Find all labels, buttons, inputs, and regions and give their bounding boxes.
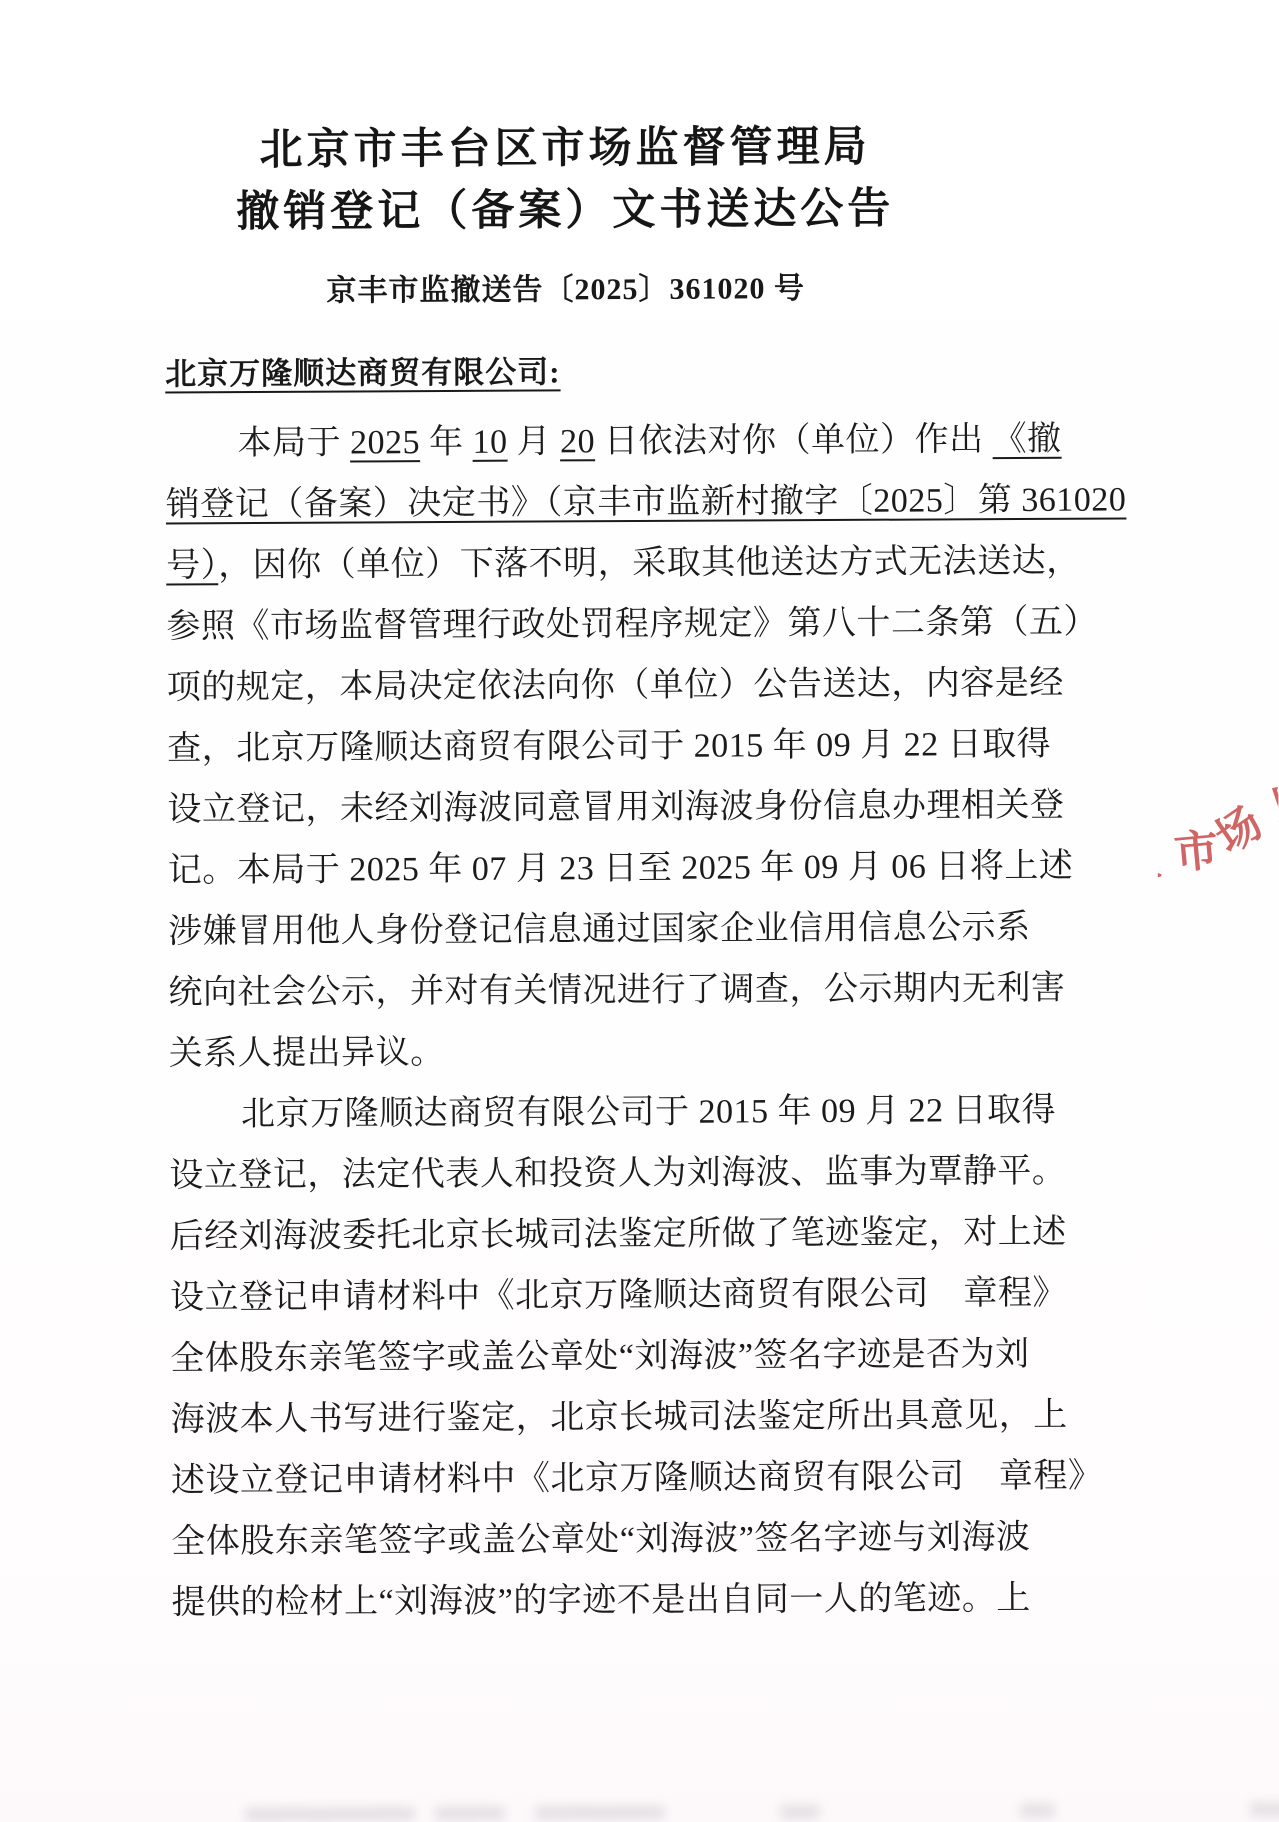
bleed-through-mark bbox=[245, 1806, 415, 1822]
document-title-line1: 北京市丰台区市场监督管理局 bbox=[164, 116, 966, 182]
text-segment: 设立登记申请材料中《北京万隆顺达商贸有限公司 章程》 bbox=[170, 1275, 1067, 1317]
text-line: 涉嫌冒用他人身份登记信息通过国家企业信用信息公示系 bbox=[168, 897, 970, 962]
svg-text:北京市丰台区市场监督管理局: 北京市丰台区市场监督管理局 bbox=[1157, 775, 1279, 1150]
underlined-text: 20 bbox=[560, 423, 595, 460]
underlined-text: 10 bbox=[472, 424, 507, 461]
text-segment: 日依法对你（单位）作出 bbox=[595, 421, 993, 460]
text-line: 全体股东亲笔签字或盖公章处“刘海波”签名字迹是否为刘 bbox=[170, 1324, 972, 1389]
text-segment: 提供的检材上“刘海波”的字迹不是出自同一人的笔迹。上 bbox=[172, 1580, 1031, 1621]
text-segment: 北京万隆顺达商贸有限公司于 2015 年 09 月 22 日取得 bbox=[241, 1092, 1056, 1133]
addressee-company-name: 北京万隆顺达商贸有限公司: bbox=[165, 344, 967, 393]
bleed-through-mark bbox=[1250, 1801, 1279, 1817]
text-segment: 全体股东亲笔签字或盖公章处“刘海波”签名字迹与刘海波 bbox=[171, 1519, 1030, 1560]
underlined-text: 361020 bbox=[669, 272, 765, 306]
text-segment: 设立登记，未经刘海波同意冒用刘海波身份信息办理相关登 bbox=[167, 787, 1064, 829]
text-segment: 本局于 bbox=[237, 425, 350, 463]
text-segment: 查，北京万隆顺达商贸有限公司于 2015 年 09 月 22 日取得 bbox=[167, 726, 1051, 768]
text-line: 统向社会公示，并对有关情况进行了调查，公示期内无利害 bbox=[168, 958, 970, 1023]
text-line: 查，北京万隆顺达商贸有限公司于 2015 年 09 月 22 日取得 bbox=[167, 714, 969, 779]
text-line: 设立登记，法定代表人和投资人为刘海波、监事为覃静平。 bbox=[169, 1141, 971, 1206]
text-segment: 号 bbox=[765, 272, 805, 305]
text-segment: 月 bbox=[507, 423, 560, 460]
text-line: 本局于 2025 年 10 月 20 日依法对你（单位）作出 《撤 bbox=[165, 409, 967, 474]
underlined-text: 2025 bbox=[350, 424, 420, 461]
official-red-seal: 北京市丰台区市场监督管理局 bbox=[1157, 775, 1279, 1156]
bleed-through-mark bbox=[435, 1806, 505, 1821]
text-line: 提供的检材上“刘海波”的字迹不是出自同一人的笔迹。上 bbox=[171, 1568, 973, 1633]
text-segment: 年 bbox=[420, 424, 473, 461]
text-line: 参照《市场监督管理行政处罚程序规定》第八十二条第（五） bbox=[166, 592, 968, 657]
text-segment: 全体股东亲笔签字或盖公章处“刘海波”签名字迹是否为刘 bbox=[170, 1336, 1029, 1377]
text-line: 后经刘海波委托北京长城司法鉴定所做了笔迹鉴定，对上述 bbox=[170, 1202, 972, 1267]
text-line: 全体股东亲笔签字或盖公章处“刘海波”签名字迹与刘海波 bbox=[171, 1507, 973, 1572]
underlined-text: 2025 bbox=[574, 273, 638, 306]
bleed-through-mark bbox=[780, 1804, 820, 1819]
bleed-through-mark bbox=[535, 1805, 665, 1821]
text-segment: 设立登记，法定代表人和投资人为刘海波、监事为覃静平。 bbox=[169, 1153, 1066, 1195]
text-line: 号），因你（单位）下落不明，采取其他送达方式无法送达， bbox=[166, 531, 968, 596]
document-title-line2: 撤销登记（备案）文书送达公告 bbox=[164, 178, 966, 244]
text-line: 设立登记申请材料中《北京万隆顺达商贸有限公司 章程》 bbox=[170, 1263, 972, 1328]
text-line: 述设立登记申请材料中《北京万隆顺达商贸有限公司 章程》 bbox=[171, 1446, 973, 1511]
content-column: 北京市丰台区市场监督管理局 撤销登记（备案）文书送达公告 京丰市监撤送告〔202… bbox=[164, 116, 974, 1633]
text-segment: 涉嫌冒用他人身份登记信息通过国家企业信用信息公示系 bbox=[168, 909, 1031, 951]
document-number: 京丰市监撤送告〔2025〕361020 号 bbox=[165, 262, 967, 310]
text-segment: 〕 bbox=[638, 273, 669, 306]
underlined-text: 《撤 bbox=[992, 421, 1061, 458]
text-segment: 项的规定，本局决定依法向你（单位）公告送达，内容是经 bbox=[167, 665, 1064, 707]
text-segment: 记。本局于 2025 年 07 月 23 日至 2025 年 09 月 06 日… bbox=[168, 848, 1074, 890]
text-segment: 海波本人书写进行鉴定，北京长城司法鉴定所出具意见，上 bbox=[171, 1397, 1068, 1439]
underlined-text: 销登记（备案）决定书》（京丰市监新村撤字〔2025〕第 361020 bbox=[166, 481, 1127, 523]
text-line: 记。本局于 2025 年 07 月 23 日至 2025 年 09 月 06 日… bbox=[168, 836, 970, 901]
text-segment: ，因你（单位）下落不明，采取其他送达方式无法送达， bbox=[218, 543, 1081, 585]
scan-content: 北京市丰台区市场监督管理局 撤销登记（备案）文书送达公告 京丰市监撤送告〔202… bbox=[0, 0, 1279, 1822]
text-line: 设立登记，未经刘海波同意冒用刘海波身份信息办理相关登 bbox=[167, 775, 969, 840]
bleed-through-mark bbox=[1020, 1803, 1055, 1818]
text-line: 项的规定，本局决定依法向你（单位）公告送达，内容是经 bbox=[167, 653, 969, 718]
text-line: 海波本人书写进行鉴定，北京长城司法鉴定所出具意见，上 bbox=[170, 1385, 972, 1450]
text-segment: 京丰市监撤送告〔 bbox=[326, 273, 574, 307]
text-segment: 统向社会公示，并对有关情况进行了调查，公示期内无利害 bbox=[168, 970, 1065, 1012]
text-segment: 关系人提出异议。 bbox=[169, 1034, 445, 1072]
document-page: 北京市丰台区市场监督管理局 撤销登记（备案）文书送达公告 京丰市监撤送告〔202… bbox=[0, 0, 1279, 1822]
underlined-text: 号） bbox=[166, 547, 218, 584]
text-line: 北京万隆顺达商贸有限公司于 2015 年 09 月 22 日取得 bbox=[169, 1080, 971, 1145]
text-line: 销登记（备案）决定书》（京丰市监新村撤字〔2025〕第 361020 bbox=[166, 470, 968, 535]
document-body: 本局于 2025 年 10 月 20 日依法对你（单位）作出 《撤销登记（备案）… bbox=[165, 409, 973, 1633]
text-segment: 后经刘海波委托北京长城司法鉴定所做了笔迹鉴定，对上述 bbox=[170, 1214, 1067, 1256]
text-line: 关系人提出异议。 bbox=[169, 1019, 971, 1084]
text-segment: 述设立登记申请材料中《北京万隆顺达商贸有限公司 章程》 bbox=[171, 1458, 1103, 1500]
text-segment: 参照《市场监督管理行政处罚程序规定》第八十二条第（五） bbox=[166, 604, 1098, 646]
